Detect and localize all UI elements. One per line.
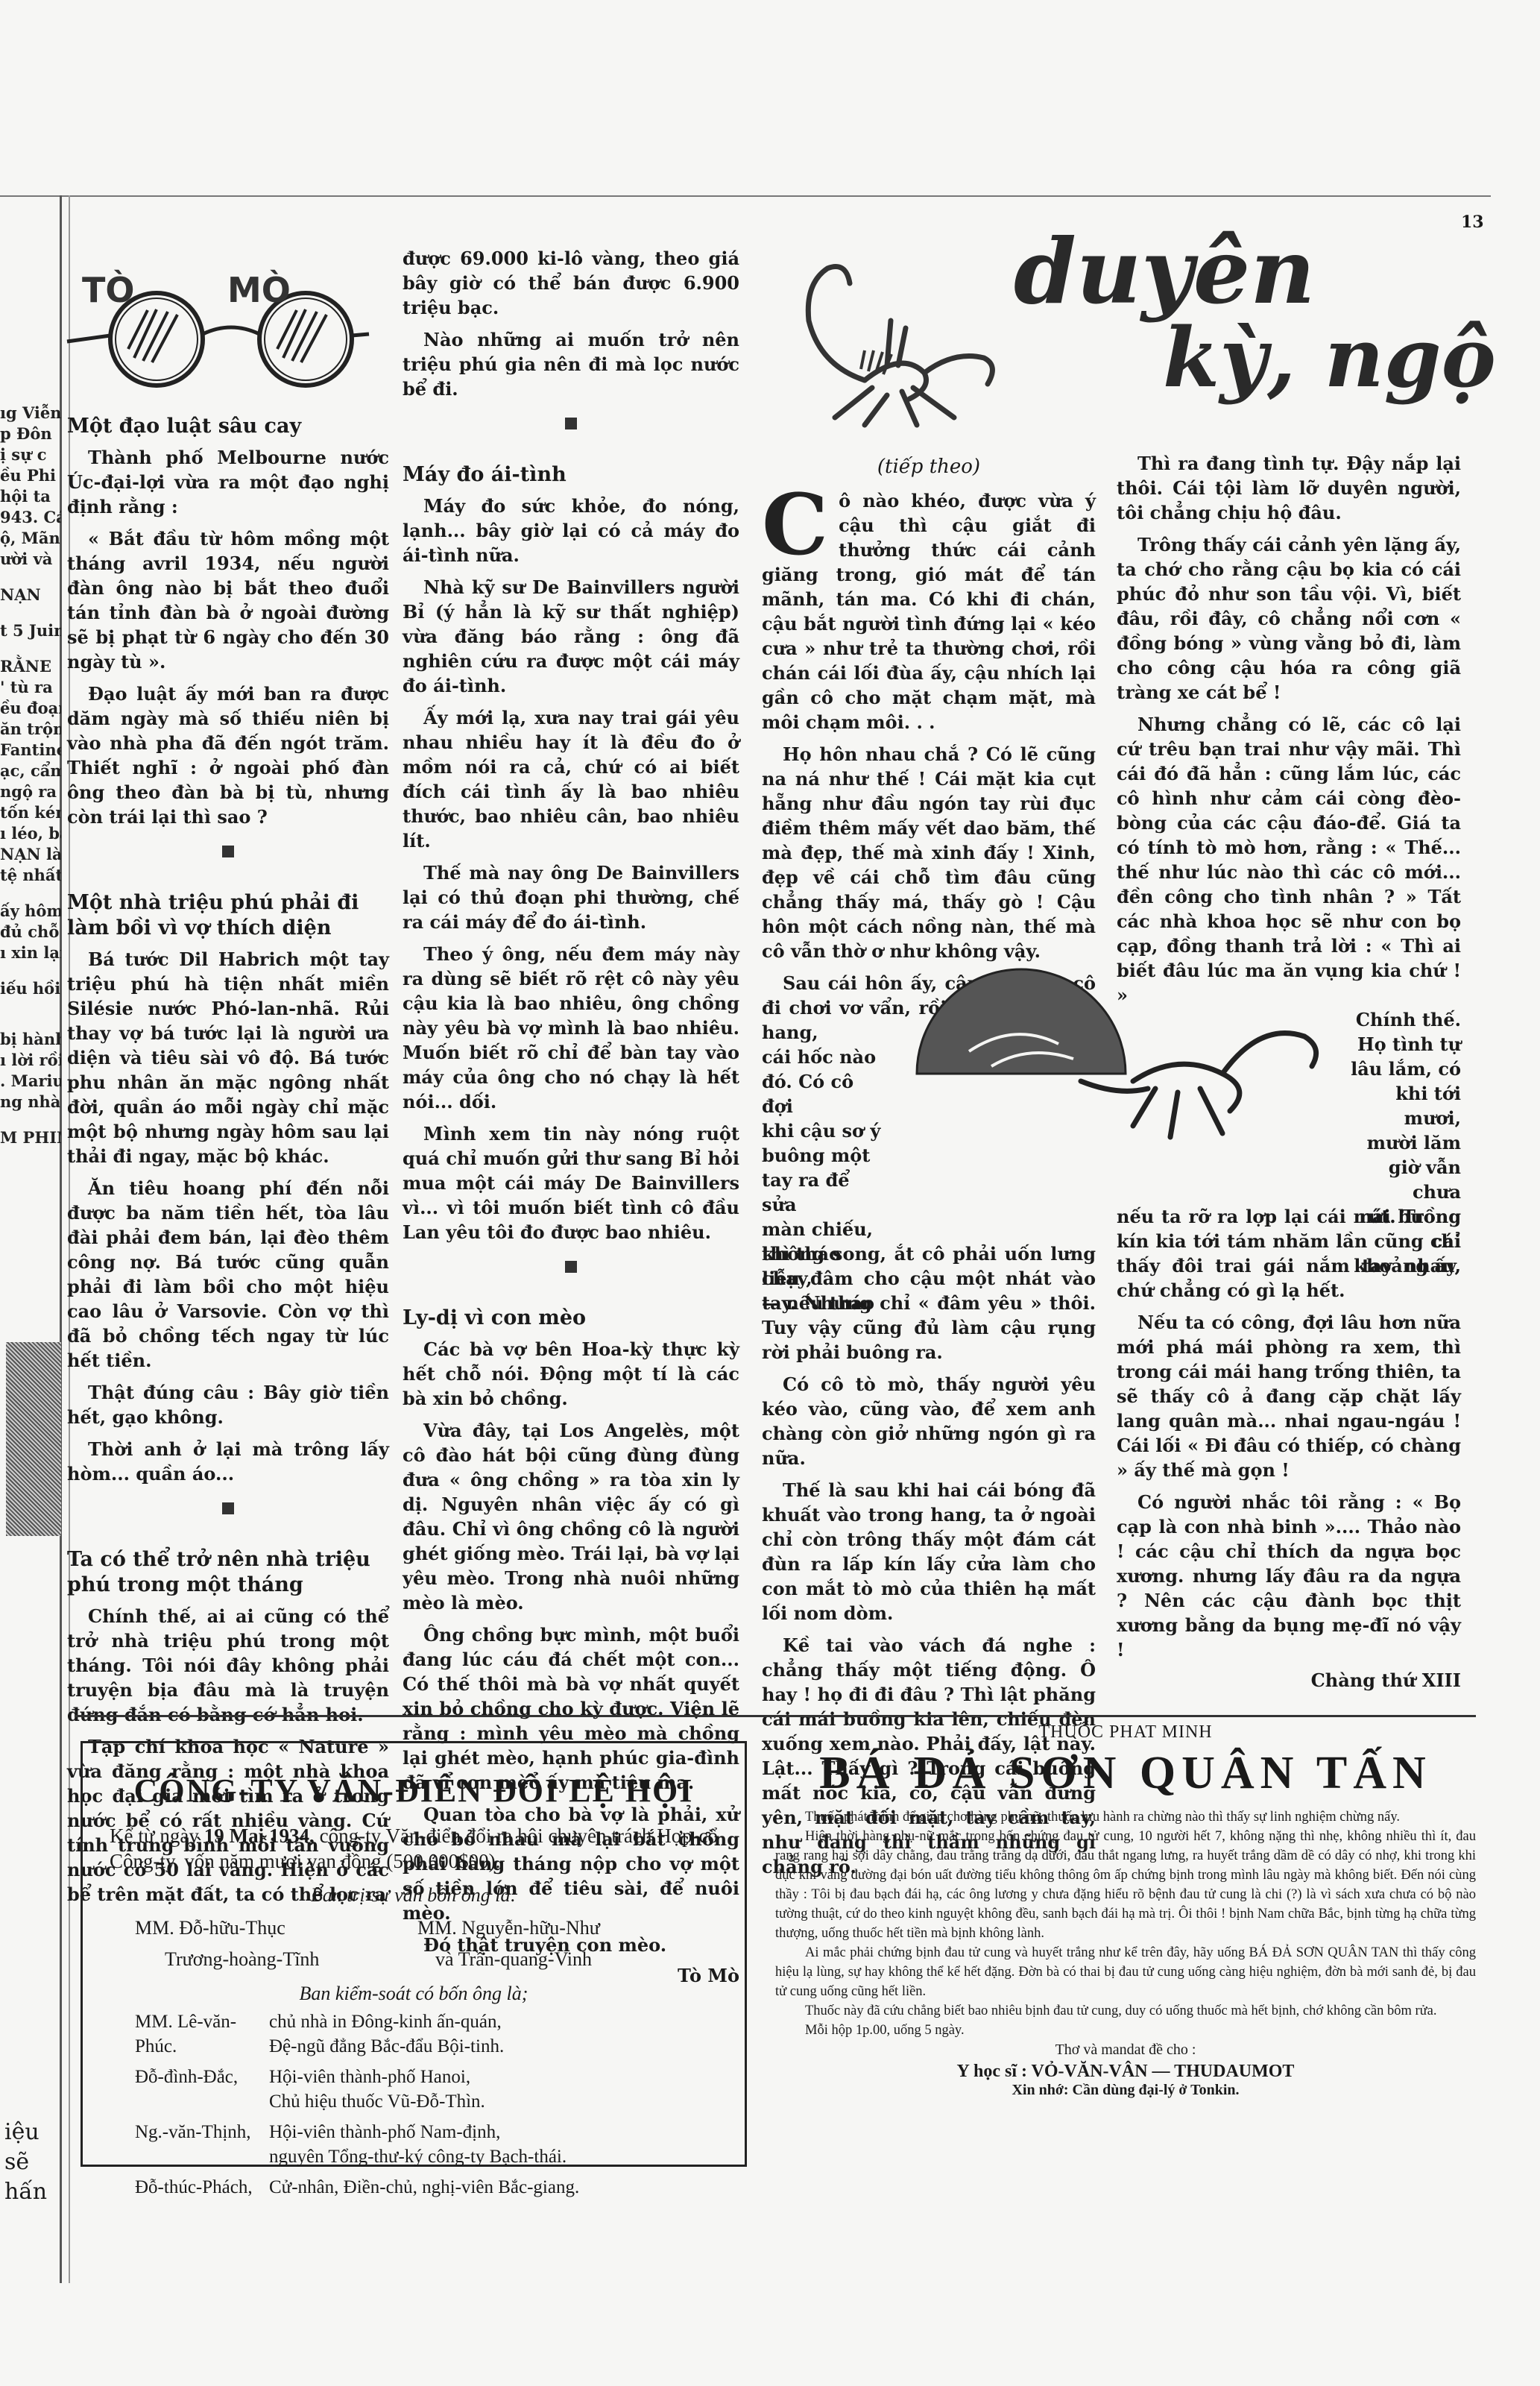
ad-paragraph: Mỗi hộp 1p.00, uống 5 ngày. xyxy=(775,2021,1476,2040)
spill-line: bị hành xyxy=(0,1029,61,1050)
board-member: và Trần-quang-Vinh xyxy=(417,1944,700,1975)
spill-line: . Marius xyxy=(0,1071,61,1092)
wrap-line: buông một xyxy=(762,1143,881,1168)
logo-letter-mo: MÒ xyxy=(227,270,291,310)
column-3: (tiếp theo) Cô nào khéo, được vừa ý cậu … xyxy=(762,451,1096,1886)
spill-line: ều đoạn xyxy=(0,698,61,719)
spill-line xyxy=(0,886,61,901)
ad-ba-da-son-quan-tan: THUỐC PHAT MINH BÁ ĐẢ SƠN QUÂN TẤN Thuốc… xyxy=(775,1722,1476,2099)
ad-intro-date: 19 Mai 1934, xyxy=(204,1825,315,1847)
article-paragraph: « Bắt đầu từ hôm mồng một tháng avril 19… xyxy=(67,526,389,674)
spill-line: ấy hôm xyxy=(0,901,61,922)
spill-line xyxy=(0,999,61,1014)
article-paragraph: Ăn tiêu hoang phí đến nỗi được ba năm ti… xyxy=(67,1176,389,1373)
wrap-line: thì tháo chạy, xyxy=(762,1241,881,1291)
story-paragraph: Có cô tò mò, thấy người yêu kéo vào, cũn… xyxy=(762,1372,1096,1470)
wrap-line: khi cậu sơ ý xyxy=(762,1118,881,1143)
article-paragraph: Vừa đây, tại Los Angelès, một cô đào hát… xyxy=(403,1418,739,1615)
to-mo-logo: TÒ MÒ xyxy=(60,268,388,395)
spill-line: ' tù ra xyxy=(0,677,61,698)
wrap-line: màn chiếu, xyxy=(762,1217,881,1241)
spill-line: iệu xyxy=(4,2118,57,2147)
article-paragraph: Mình xem tin này nóng ruột quá chỉ muốn … xyxy=(403,1121,739,1244)
story-paragraph: Nhưng chẳng có lẽ, các cô lại cứ trêu bạ… xyxy=(1117,712,1461,1007)
spill-line: p Đôn xyxy=(0,424,61,444)
story-paragraph: Nếu ta có công, đợi lâu hơn nữa mới phá … xyxy=(1117,1310,1461,1482)
story-paragraph: Họ hôn nhau chắ ? Có lẽ cũng na ná như t… xyxy=(762,742,1096,963)
wrap-line: Chính thế. xyxy=(1337,1007,1461,1032)
wrap-line: giờ vẫn chưa xyxy=(1337,1155,1461,1204)
member-description: Cử-nhân, Điền-chủ, nghị-viên Bắc-giang. xyxy=(269,2175,745,2200)
article-paragraph: Thời anh ở lại mà trông lấy hòm... quần … xyxy=(67,1437,389,1486)
ad-title: CÔNG-TY VĂN-ĐIỂN ĐỔI LỆ HỘI xyxy=(83,1772,745,1810)
spill-line: t 5 Juin xyxy=(0,620,61,641)
spill-line: NẠN là xyxy=(0,844,61,865)
wrap-line: khi tới mươi, xyxy=(1337,1081,1461,1130)
control-member: Đỗ-thúc-Phách,Cử-nhân, Điền-chủ, nghị-vi… xyxy=(135,2175,745,2200)
article-heading: Ta có thể trở nên nhà triệu phú trong mộ… xyxy=(67,1547,389,1598)
spill-line: ı léo, ba xyxy=(0,823,61,844)
board-member: Trương-hoàng-Tĩnh xyxy=(135,1944,417,1975)
ads-top-rule xyxy=(75,1715,1476,1717)
ad-doctor: Y học sĩ : VỎ-VĂN-VÂN — THUDAUMOT xyxy=(775,2062,1476,2082)
section-separator xyxy=(222,846,234,857)
story-paragraph: Có người nhắc tôi rằng : « Bọ cạp là con… xyxy=(1117,1490,1461,1662)
article-paragraph: Ấy mới lạ, xưa nay trai gái yêu nhau nhi… xyxy=(403,705,739,853)
spill-line: ıg Viễn xyxy=(0,403,61,424)
spill-line: ı xin lại xyxy=(0,942,61,963)
member-description: chủ nhà in Đông-kinh ấn-quán,Đệ-ngũ đẳng… xyxy=(269,2009,745,2059)
member-description: Hội-viên thành-phố Hanoi,Chủ hiệu thuốc … xyxy=(269,2065,745,2114)
section-separator xyxy=(565,1261,577,1273)
story-wrap-block: Chính thế.Họ tình tựlâu lắm, cókhi tới m… xyxy=(1117,1007,1461,1204)
spill-line: ều Phi xyxy=(0,465,61,486)
spill-line: tốn kém xyxy=(0,802,61,823)
board-label: Ban trị-sự vẫn bốn ông là: xyxy=(83,1884,745,1907)
wrap-line: mười lăm xyxy=(1337,1130,1461,1155)
article-paragraph: Đạo luật ấy mới ban ra được dăm ngày mà … xyxy=(67,682,389,829)
control-member: Đỗ-đình-Đắc,Hội-viên thành-phố Hanoi,Chủ… xyxy=(135,2065,745,2114)
spill-line: RẰNE xyxy=(0,656,61,677)
wrap-line: — nếu tháo xyxy=(762,1291,881,1315)
ad-paragraph: Thuốc này đã cứu chẳng biết bao nhiêu bị… xyxy=(775,2001,1476,2021)
drop-cap: C xyxy=(762,491,828,560)
column-4: Thì ra đang tình tự. Đậy nắp lại thôi. C… xyxy=(1117,451,1461,1691)
spill-line xyxy=(0,1112,61,1127)
article-paragraph: Thành phố Melbourne nước Úc-đại-lợi vừa … xyxy=(67,445,389,519)
article-heading: Máy đo ái-tình xyxy=(403,462,739,488)
story-title-line-1: duyên xyxy=(1014,224,1315,321)
spill-line: NẠN xyxy=(0,585,61,605)
member-name: Ng.-văn-Thịnh, xyxy=(135,2120,269,2169)
spill-line: ngộ ra xyxy=(0,781,61,802)
spill-line: M PHIM xyxy=(0,1127,61,1148)
spill-line: hấn xyxy=(4,2177,57,2207)
ad-mail-label: Thơ và mandat đề cho : xyxy=(775,2042,1476,2059)
logo-letter-to: TÒ xyxy=(82,270,134,310)
ad-cong-ty-van-dien: CÔNG-TY VĂN-ĐIỂN ĐỔI LỆ HỘI Kể từ ngày 1… xyxy=(81,1741,747,2167)
spill-line xyxy=(0,605,61,620)
spill-line: hội ta xyxy=(0,486,61,507)
article-heading: Một nhà triệu phú phải đi làm bồi vì vợ … xyxy=(67,890,389,941)
spill-line: ăn trộm xyxy=(0,719,61,740)
article-paragraph: Thế mà nay ông De Bainvillers lại có thủ… xyxy=(403,860,739,934)
story-paragraph: Trông thấy cái cảnh yên lặng ấy, ta chớ … xyxy=(1117,532,1461,705)
ad-paragraph: Ai mắc phải chứng bịnh đau tử cung và hu… xyxy=(775,1943,1476,2001)
section-separator xyxy=(565,418,577,429)
spill-line: iếu hồi xyxy=(0,978,61,999)
column-2: được 69.000 ki-lô vàng, theo giá bây giờ… xyxy=(403,246,739,1986)
ad-paragraph: Thuốc phát minh để giúp cho hàng phụ-nữ,… xyxy=(775,1807,1476,1827)
continuation-paragraph: Nào những ai muốn trở nên triệu phú gia … xyxy=(403,327,739,401)
ad-intro: Kể từ ngày 19 Mai 1934, công-ty Văn-điển… xyxy=(110,1823,718,1874)
member-name: MM. Lê-văn-Phúc. xyxy=(135,2009,269,2059)
wrap-line: đó. Có cô đợi xyxy=(762,1069,881,1118)
article-trieu-phu-lam-boi: Một nhà triệu phú phải đi làm bồi vì vợ … xyxy=(67,890,389,1486)
spill-line: ười và xyxy=(0,549,61,570)
wrap-line: Họ tình tự xyxy=(1337,1032,1461,1057)
spill-line xyxy=(0,570,61,585)
control-member: MM. Lê-văn-Phúc.chủ nhà in Đông-kinh ấn-… xyxy=(135,2009,745,2059)
byline: Chàng thứ XIII xyxy=(1117,1669,1461,1691)
previous-page-spill: ıg Viễnp Đônị sự cều Phi hội ta943. Cáộ,… xyxy=(0,403,61,1148)
wrap-line: tay ra để sửa xyxy=(762,1168,881,1217)
spill-line: ạc, cẩm xyxy=(0,761,61,781)
wrap-line: cái hốc nào xyxy=(762,1045,881,1069)
control-members: MM. Lê-văn-Phúc.chủ nhà in Đông-kinh ấn-… xyxy=(83,2009,745,2200)
spill-line: ộ, Mãn xyxy=(0,528,61,549)
article-heading: Ly-dị vì con mèo xyxy=(403,1306,739,1331)
previous-page-spill-bottom: iệusẽhấn xyxy=(4,2118,57,2207)
spill-line xyxy=(0,641,61,656)
control-label: Ban kiểm-soát có bốn ông là; xyxy=(83,1983,745,2005)
story-paragraph: Cô nào khéo, được vừa ý cậu thì cậu giắt… xyxy=(762,488,1096,734)
story-subtitle: (tiếp theo) xyxy=(762,456,1096,478)
story-wrap-lines: cái hốc nàođó. Có cô đợikhi cậu sơ ýbuôn… xyxy=(762,1045,881,1315)
article-heading: Một đạo luật sâu cay xyxy=(67,414,389,439)
spill-line: sẽ xyxy=(4,2147,57,2177)
spill-line: tệ nhất xyxy=(0,865,61,886)
column-1: Một đạo luật sâu cay Thành phố Melbourne… xyxy=(67,414,389,1914)
article-paragraph: Các bà vợ bên Hoa-kỳ thực kỳ hết chỗ nói… xyxy=(403,1337,739,1411)
story-paragraph: Thì ra đang tình tự. Đậy nắp lại thôi. C… xyxy=(1117,451,1461,525)
article-paragraph: Nhà kỹ sư De Bainvillers người Bỉ (ý hẳn… xyxy=(403,575,739,698)
ad-title: BÁ ĐẢ SƠN QUÂN TẤN xyxy=(775,1747,1476,1800)
spill-line: 943. Cá xyxy=(0,507,61,528)
previous-page-halftone xyxy=(6,1342,61,1536)
ad-intro-text: Kể từ ngày xyxy=(110,1825,204,1847)
spill-line: đủ chỗ xyxy=(0,922,61,942)
article-dao-luat: Một đạo luật sâu cay Thành phố Melbourne… xyxy=(67,414,389,829)
spill-line xyxy=(0,963,61,978)
member-description: Hội-viên thành-phố Nam-định,nguyên Tổng-… xyxy=(269,2120,745,2169)
board-member: MM. Đỗ-hữu-Thục xyxy=(135,1913,417,1944)
ad-paragraph: Hiện thời hàng phụ-nữ mắc trong bốn chứn… xyxy=(775,1827,1476,1943)
ad-note: Xin nhớ: Cần dùng đại-lý ở Tonkin. xyxy=(775,2082,1476,2099)
article-may-do-ai-tinh: Máy đo ái-tình Máy đo sức khỏe, đo nóng,… xyxy=(403,462,739,1244)
scorpion-illustration-header xyxy=(775,239,1021,432)
story-paragraph: Thế là sau khi hai cái bóng đã khuất vào… xyxy=(762,1478,1096,1625)
section-separator xyxy=(222,1502,234,1514)
top-rule xyxy=(0,195,1491,197)
spill-line: ng nhà xyxy=(0,1092,61,1112)
article-paragraph: Máy đo sức khỏe, đo nóng, lạnh... bây gi… xyxy=(403,494,739,567)
board-members: MM. Đỗ-hữu-Thục MM. Nguyễn-hữu-Như Trươn… xyxy=(83,1913,745,1975)
continuation-paragraph: được 69.000 ki-lô vàng, theo giá bây giờ… xyxy=(403,246,739,320)
story-title-line-2: kỳ, ngộ xyxy=(1163,313,1496,403)
spill-line: ị sự c xyxy=(0,444,61,465)
spill-line xyxy=(0,1014,61,1029)
control-member: Ng.-văn-Thịnh,Hội-viên thành-phố Nam-địn… xyxy=(135,2120,745,2169)
board-member: MM. Nguyễn-hữu-Như xyxy=(417,1913,700,1944)
article-paragraph: Bá tước Dil Habrich một tay triệu phú hà… xyxy=(67,947,389,1168)
page-number: 13 xyxy=(1461,213,1484,232)
scorpion-icon xyxy=(775,239,1021,432)
wrap-line: rứt. Trong cái xyxy=(1337,1204,1461,1253)
spill-line: Fantine xyxy=(0,740,61,761)
article-paragraph: Thật đúng câu : Bây giờ tiền hết, gạo kh… xyxy=(67,1380,389,1429)
wrap-line: khoảng ấy, xyxy=(1337,1253,1461,1278)
spill-line: ı lời rồi xyxy=(0,1050,61,1071)
wrap-line: lâu lắm, có xyxy=(1337,1057,1461,1081)
ad-kicker: THUỐC PHAT MINH xyxy=(775,1722,1476,1743)
member-name: Đỗ-đình-Đắc, xyxy=(135,2065,269,2114)
article-paragraph: Theo ý ông, nếu đem máy này ra dùng sẽ b… xyxy=(403,942,739,1114)
member-name: Đỗ-thúc-Phách, xyxy=(135,2175,269,2200)
ad-body: Thuốc phát minh để giúp cho hàng phụ-nữ,… xyxy=(775,1807,1476,2040)
story-wrap-lines: Chính thế.Họ tình tựlâu lắm, cókhi tới m… xyxy=(1337,1007,1461,1278)
article-paragraph: Chính thế, ai ai cũng có thể trở nhà tri… xyxy=(67,1604,389,1727)
